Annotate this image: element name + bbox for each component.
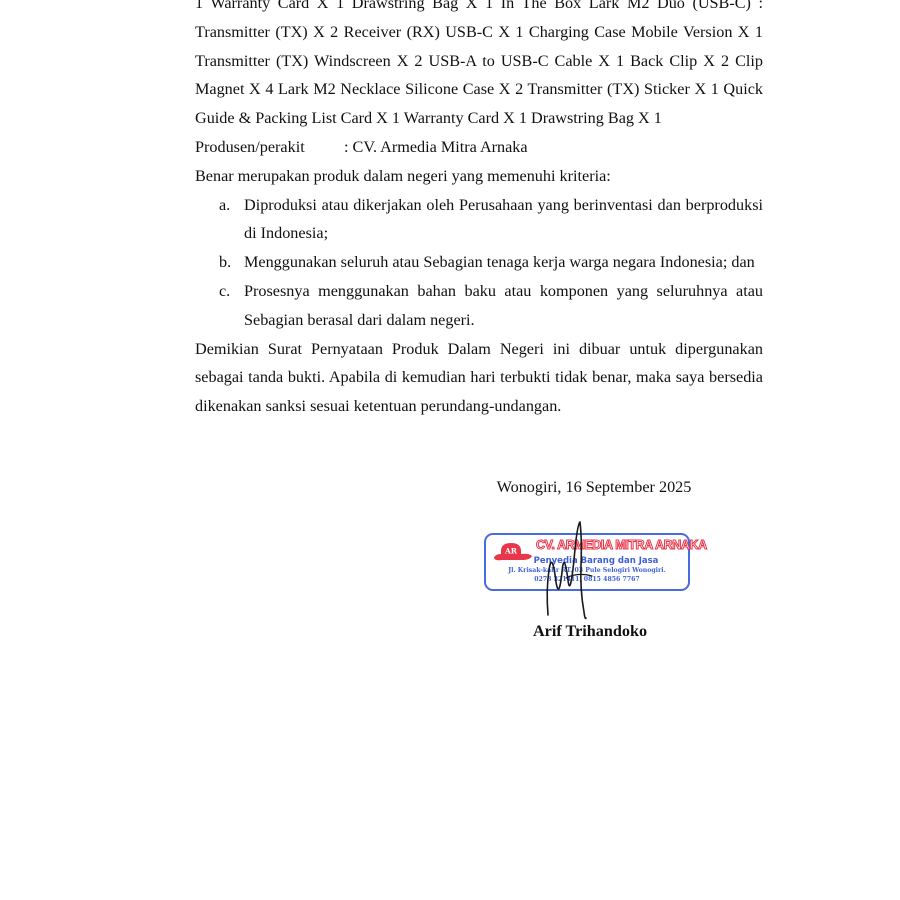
svg-text:AR: AR [504, 547, 518, 556]
criteria-item: c. Prosesnya menggunakan bahan baku atau… [195, 277, 763, 335]
stamp-tagline: Penyedia Barang dan Jasa [486, 556, 688, 566]
body-line: 1 Warranty Card X 1 Drawstring Bag X 1 I… [195, 0, 763, 12]
body-line: Guide & Packing List Card X 1 Warranty C… [195, 109, 662, 127]
stamp-address: Jl. Krisak-kalir RT. 03 Pule Selogiri Wo… [486, 567, 688, 574]
body-line: Magnet X 4 Lark M2 Necklace Silicone Cas… [195, 80, 763, 98]
stamp-phone: 0273 321411, 0815 4856 7767 [486, 576, 688, 583]
signer-name: Arif Trihandoko [470, 622, 710, 641]
producer-label: Produsen/perakit [195, 133, 344, 162]
criteria-marker: a. [195, 191, 244, 249]
criteria-marker: b. [195, 248, 244, 277]
place-date: Wonogiri, 16 September 2025 [470, 478, 718, 497]
criteria-marker: c. [195, 277, 244, 335]
criteria-text: Prosesnya menggunakan bahan baku atau ko… [244, 277, 763, 335]
criteria-item: a. Diproduksi atau dikerjakan oleh Perus… [195, 191, 763, 249]
producer-row: Produsen/perakit : CV. Armedia Mitra Arn… [195, 133, 763, 162]
criteria-text: Diproduksi atau dikerjakan oleh Perusaha… [244, 191, 763, 249]
criteria-intro: Benar merupakan produk dalam negeri yang… [195, 162, 763, 191]
criteria-list: a. Diproduksi atau dikerjakan oleh Perus… [195, 191, 763, 335]
document-page: 1 Warranty Card X 1 Drawstring Bag X 1 I… [195, 0, 763, 421]
closing-paragraph: Demikian Surat Pernyataan Produk Dalam N… [195, 335, 763, 421]
stamp-company-name: CV. ARMEDIA MITRA ARNAKA [536, 538, 707, 552]
item-list-paragraph: 1 Warranty Card X 1 Drawstring Bag X 1 I… [195, 0, 763, 133]
criteria-text: Menggunakan seluruh atau Sebagian tenaga… [244, 248, 763, 277]
body-line: Transmitter (TX) X 2 Receiver (RX) USB-C… [195, 23, 763, 41]
body-line: Transmitter (TX) Windscreen X 2 USB-A to… [195, 52, 763, 70]
criteria-item: b. Menggunakan seluruh atau Sebagian ten… [195, 248, 763, 277]
company-stamp: AR CV. ARMEDIA MITRA ARNAKA Penyedia Bar… [484, 533, 690, 591]
producer-value: : CV. Armedia Mitra Arnaka [344, 133, 528, 162]
